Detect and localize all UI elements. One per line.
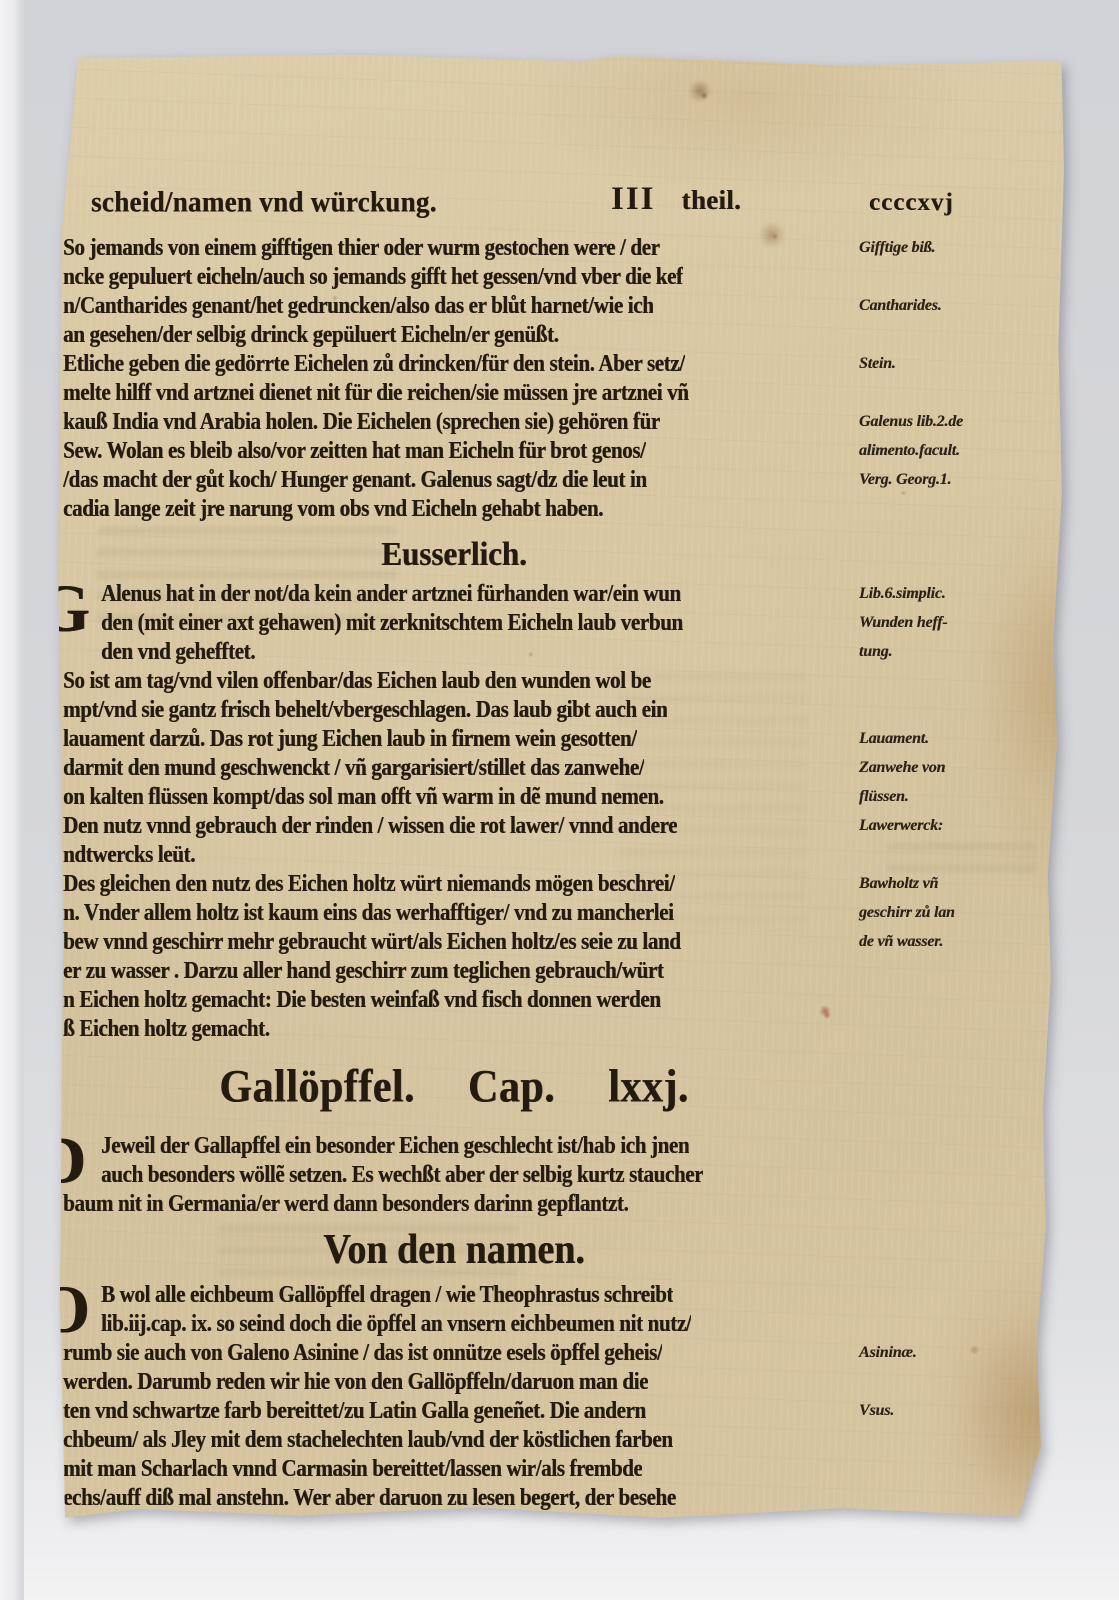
- line-text: den (mit einer axt gehawen) mit zerknits…: [63, 608, 683, 637]
- margin-note: Asininæ.: [859, 1344, 917, 1362]
- line-text: melte hilff vnd artznei dienet nit für d…: [63, 378, 689, 407]
- paragraph: Des gleichen den nutz des Eichen holtz w…: [63, 871, 1065, 1045]
- line-text: lauament darzů. Das rot jung Eichen laub…: [63, 724, 637, 753]
- margin-note: flüssen.: [859, 788, 909, 806]
- line-text: B wol alle eichbeum Gallöpffel dragen / …: [63, 1280, 673, 1309]
- line-text: rumb sie auch von Galeno Asinine / das i…: [63, 1338, 662, 1367]
- line-text: werden. Darumb reden wir hie von den Gal…: [63, 1367, 648, 1396]
- text-line: ten vnd schwartze farb bereittet/zu Lati…: [63, 1398, 1065, 1427]
- margin-note: Lawerwerck:: [859, 817, 943, 835]
- margin-note: Stein.: [859, 355, 896, 373]
- margin-note: alimento.facult.: [859, 442, 960, 460]
- line-text: phrastum lib.iij.cap.ix. vñ Jth Plin lib: [63, 1514, 385, 1520]
- line-text: Jeweil der Gallapffel ein besonder Eiche…: [63, 1131, 689, 1160]
- line-text: ten vnd schwartze farb bereittet/zu Lati…: [63, 1396, 646, 1425]
- margin-note: geschirr zů lan: [859, 904, 955, 922]
- text-line: Sew. Wolan es bleib also/vor zeitten hat…: [63, 438, 1065, 467]
- margin-note: Bawholtz vñ: [859, 875, 938, 893]
- paragraph: Den nutz vnnd gebrauch der rinden / wiss…: [63, 813, 1065, 871]
- margin-note: de vñ wasser.: [859, 933, 943, 951]
- text-line: darmit den mund geschwenckt / vñ gargari…: [63, 755, 1065, 784]
- margin-note: Gifftige biß.: [859, 239, 935, 257]
- backdrop-mat-edge: [0, 0, 24, 1600]
- text-line: mpt/vnd sie gantz frisch behelt/vbergesc…: [63, 697, 1065, 726]
- book-leaf-wrap: scheid/namen vnd würckung. IIItheil. ccc…: [57, 53, 1065, 1520]
- photographed-book-page: { "header": { "running_title": "scheid/n…: [0, 0, 1119, 1600]
- text-line: ndtwercks leüt.: [63, 842, 1065, 871]
- line-text: n Eichen holtz gemacht: Die besten weinf…: [63, 985, 661, 1014]
- line-text: auch besonders wöllẽ setzen. Es wechßt a…: [63, 1160, 703, 1189]
- text-line: lib.iij.cap. ix. so seind doch die öpffe…: [63, 1311, 1065, 1340]
- text-line: Des gleichen den nutz des Eichen holtz w…: [63, 871, 1065, 900]
- text-line: den vnd gehefftet.tung.: [63, 639, 1065, 668]
- paragraph: GAlenus hat in der not/da kein ander art…: [63, 581, 1065, 668]
- paragraph: OB wol alle eichbeum Gallöpffel dragen /…: [63, 1282, 1065, 1520]
- text-line: Alenus hat in der not/da kein ander artz…: [63, 581, 1065, 610]
- text-line: lauament darzů. Das rot jung Eichen laub…: [63, 726, 1065, 755]
- margin-note: Lib.6.simplic.: [859, 585, 946, 603]
- line-text: Etliche geben die gedörrte Eichelen zů d…: [63, 349, 685, 378]
- running-title: scheid/namen vnd würckung.: [91, 185, 437, 219]
- line-text: Des gleichen den nutz des Eichen holtz w…: [63, 869, 675, 898]
- paragraph: So jemands von einem gifftigen thier ode…: [63, 235, 1065, 525]
- line-text: baum nit in Germania/er werd dann besond…: [63, 1189, 628, 1218]
- text-line: cadia lange zeit jre narung vom obs vnd …: [63, 496, 1065, 525]
- text-line: Den nutz vnnd gebrauch der rinden / wiss…: [63, 813, 1065, 842]
- line-text: ß Eichen holtz gemacht.: [63, 1014, 270, 1043]
- line-text: So jemands von einem gifftigen thier ode…: [63, 233, 660, 262]
- section-heading: Gallöpffel. Cap. lxxj.: [63, 1056, 845, 1118]
- printed-text-area: scheid/namen vnd würckung. IIItheil. ccc…: [57, 53, 1065, 1520]
- text-line: on kalten flüssen kompt/das sol man offt…: [63, 784, 1065, 813]
- text-line: melte hilff vnd artznei dienet nit für d…: [63, 380, 1065, 409]
- text-line: er zu wasser . Darzu aller hand geschirr…: [63, 958, 1065, 987]
- line-text: kauß India vnd Arabia holen. Die Eichele…: [63, 407, 660, 436]
- section-heading: Von den namen.: [63, 1224, 845, 1277]
- book-leaf: scheid/namen vnd würckung. IIItheil. ccc…: [57, 53, 1065, 1520]
- text-line: n. Vnder allem holtz ist kaum eins das w…: [63, 900, 1065, 929]
- text-line: B wol alle eichbeum Gallöpffel dragen / …: [63, 1282, 1065, 1311]
- margin-note: Verg. Georg.1.: [859, 471, 951, 489]
- text-line: So ist am tag/vnd vilen offenbar/das Eic…: [63, 668, 1065, 697]
- folio-number: ccccxvj: [869, 189, 954, 217]
- margin-note: Lauament.: [859, 730, 929, 748]
- text-line: kauß India vnd Arabia holen. Die Eichele…: [63, 409, 1065, 438]
- line-text: bew vnnd geschirr mehr gebraucht würt/al…: [63, 927, 681, 956]
- part-number: IIItheil.: [611, 181, 741, 218]
- margin-note: tung.: [859, 643, 892, 661]
- line-text: ndtwercks leüt.: [63, 840, 195, 869]
- line-text: darmit den mund geschwenckt / vñ gargari…: [63, 753, 644, 782]
- text-line: werden. Darumb reden wir hie von den Gal…: [63, 1369, 1065, 1398]
- text-block: So jemands von einem gifftigen thier ode…: [63, 235, 1065, 1520]
- part-numeral: III: [611, 181, 656, 217]
- text-line: ncke gepuluert eicheln/auch so jemands g…: [63, 264, 1065, 293]
- part-label: theil.: [682, 185, 742, 215]
- running-head: scheid/namen vnd würckung. IIItheil. ccc…: [63, 185, 1065, 229]
- margin-note: Galenus lib.2.de: [859, 413, 963, 431]
- text-line: an gesehen/der selbig drinck gepüluert E…: [63, 322, 1065, 351]
- text-line: /das macht der gůt koch/ Hunger genant. …: [63, 467, 1065, 496]
- paragraph: So ist am tag/vnd vilen offenbar/das Eic…: [63, 668, 1065, 813]
- paragraph: DJeweil der Gallapffel ein besonder Eich…: [63, 1133, 1065, 1220]
- line-text: an gesehen/der selbig drinck gepüluert E…: [63, 320, 559, 349]
- text-line: So jemands von einem gifftigen thier ode…: [63, 235, 1065, 264]
- margin-note: Wunden heff-: [859, 614, 947, 632]
- text-line: Jeweil der Gallapffel ein besonder Eiche…: [63, 1133, 1065, 1162]
- line-text: ncke gepuluert eicheln/auch so jemands g…: [63, 262, 683, 291]
- text-line: chbeum/ als Jley mit dem stachelechten l…: [63, 1427, 1065, 1456]
- line-text: So ist am tag/vnd vilen offenbar/das Eic…: [63, 666, 651, 695]
- text-line: baum nit in Germania/er werd dann besond…: [63, 1191, 1065, 1220]
- text-line: auch besonders wöllẽ setzen. Es wechßt a…: [63, 1162, 1065, 1191]
- line-text: Sew. Wolan es bleib also/vor zeitten hat…: [63, 436, 646, 465]
- line-text: Alenus hat in der not/da kein ander artz…: [63, 579, 681, 608]
- text-line: phrastum lib.iij.cap.ix. vñ Jth Plin lib: [63, 1514, 1065, 1520]
- text-line: ß Eichen holtz gemacht.: [63, 1016, 1065, 1045]
- text-line: rumb sie auch von Galeno Asinine / das i…: [63, 1340, 1065, 1369]
- margin-note: Zanwehe von: [859, 759, 945, 777]
- line-text: echs/auff diß mal anstehn. Wer aber daru…: [63, 1483, 676, 1512]
- line-text: mpt/vnd sie gantz frisch behelt/vbergesc…: [63, 695, 667, 724]
- text-line: den (mit einer axt gehawen) mit zerknits…: [63, 610, 1065, 639]
- text-line: n Eichen holtz gemacht: Die besten weinf…: [63, 987, 1065, 1016]
- text-line: Etliche geben die gedörrte Eichelen zů d…: [63, 351, 1065, 380]
- text-line: n/Cantharides genant/het gedruncken/also…: [63, 293, 1065, 322]
- text-line: echs/auff diß mal anstehn. Wer aber daru…: [63, 1485, 1065, 1514]
- line-text: n/Cantharides genant/het gedruncken/also…: [63, 291, 653, 320]
- text-line: bew vnnd geschirr mehr gebraucht würt/al…: [63, 929, 1065, 958]
- margin-note: Vsus.: [859, 1402, 894, 1420]
- line-text: chbeum/ als Jley mit dem stachelechten l…: [63, 1425, 673, 1454]
- line-text: er zu wasser . Darzu aller hand geschirr…: [63, 956, 664, 985]
- line-text: n. Vnder allem holtz ist kaum eins das w…: [63, 898, 674, 927]
- line-text: den vnd gehefftet.: [63, 637, 255, 666]
- section-heading: Eusserlich.: [63, 531, 845, 577]
- margin-note: Cantharides.: [859, 297, 942, 315]
- text-line: mit man Scharlach vnnd Carmasin bereitte…: [63, 1456, 1065, 1485]
- line-text: mit man Scharlach vnnd Carmasin bereitte…: [63, 1454, 642, 1483]
- line-text: lib.iij.cap. ix. so seind doch die öpffe…: [63, 1309, 691, 1338]
- line-text: Den nutz vnnd gebrauch der rinden / wiss…: [63, 811, 677, 840]
- line-text: on kalten flüssen kompt/das sol man offt…: [63, 782, 664, 811]
- line-text: /das macht der gůt koch/ Hunger genant. …: [63, 465, 647, 494]
- line-text: cadia lange zeit jre narung vom obs vnd …: [63, 494, 603, 523]
